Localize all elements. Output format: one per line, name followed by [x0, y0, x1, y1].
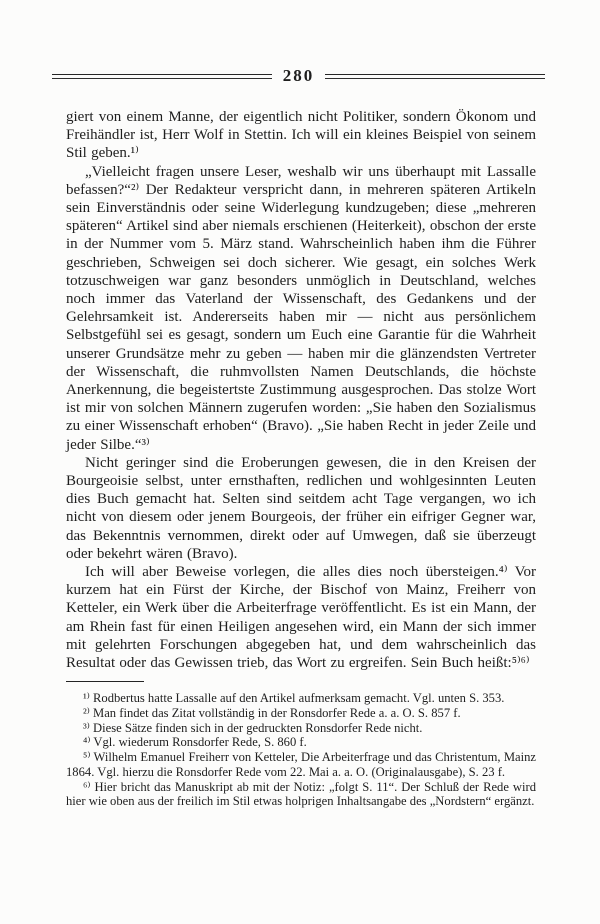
footnote: ³⁾ Diese Sätze finden sich in der gedruc…	[66, 721, 536, 736]
footnote: ⁶⁾ Hier bricht das Manuskript ab mit der…	[66, 780, 536, 809]
paragraph: Ich will aber Beweise vorlegen, die alle…	[66, 563, 536, 672]
footnote: ⁵⁾ Wilhelm Emanuel Freiherr von Ketteler…	[66, 750, 536, 779]
paragraph: „Vielleicht fragen unsere Leser, weshalb…	[66, 163, 536, 454]
header-rule-left	[52, 74, 272, 79]
footnote: ¹⁾ Rodbertus hatte Lassalle auf den Arti…	[66, 691, 536, 706]
footnote: ²⁾ Man findet das Zitat vollständig in d…	[66, 706, 536, 721]
page-number: 280	[279, 67, 319, 84]
footnote: ⁴⁾ Vgl. wiederum Ronsdorfer Rede, S. 860…	[66, 735, 536, 750]
footnote-separator	[66, 681, 144, 682]
footnotes: ¹⁾ Rodbertus hatte Lassalle auf den Arti…	[66, 691, 536, 809]
book-page: 280 giert von einem Manne, der eigentlic…	[0, 0, 600, 924]
paragraph: giert von einem Manne, der eigentlich ni…	[66, 108, 536, 163]
page-header: 280	[52, 0, 545, 85]
paragraph: Nicht geringer sind die Eroberungen gewe…	[66, 454, 536, 563]
body-text: giert von einem Manne, der eigentlich ni…	[66, 108, 536, 672]
header-rule-right	[325, 74, 545, 79]
